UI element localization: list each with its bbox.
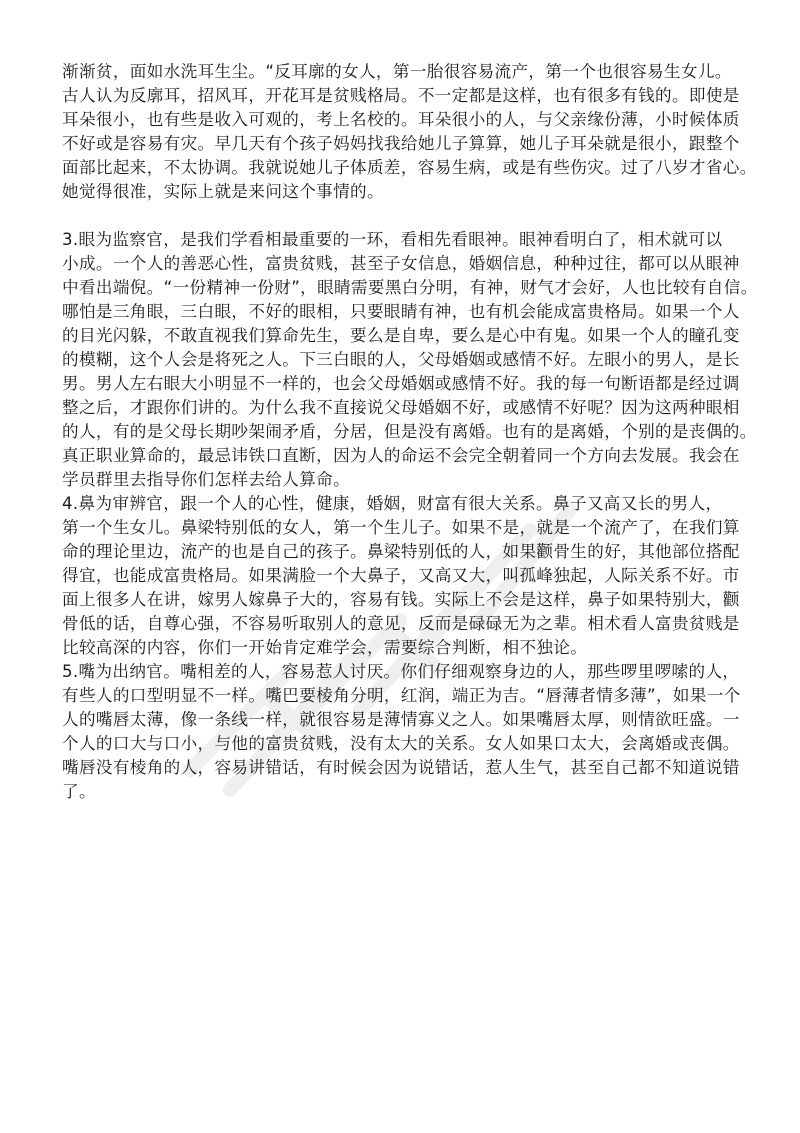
text-line: 4.鼻为审辨官，跟一个人的心性，健康，婚姻，财富有很大关系。鼻子又高又长的男人，	[62, 492, 702, 516]
text-line: 3.眼为监察官，是我们学看相最重要的一环，看相先看眼神。眼神看明白了，相术就可以	[62, 228, 702, 252]
text-line: 骨低的话，自尊心强，不容易听取别人的意见，反而是碌碌无为之辈。相术看人富贵贫贱是	[62, 612, 702, 636]
text-line: 小成。一个人的善恶心性，富贵贫贱，甚至子女信息，婚姻信息，种种过往，都可以从眼神	[62, 252, 702, 276]
text-line: 真正职业算命的，最忌讳铁口直断，因为人的命运不会完全朝着同一个方向去发展。我会在	[62, 444, 702, 468]
text-line: 个人的口大与口小，与他的富贵贫贱，没有太大的关系。女人如果口太大，会离婚或丧偶。	[62, 732, 702, 756]
paragraph-ears: 渐渐贫，面如水洗耳生尘。“反耳廓的女人，第一胎很容易流产，第一个也很容易生女儿。…	[62, 60, 702, 204]
text-line: 学员群里去指导你们怎样去给人算命。	[62, 468, 702, 492]
text-line: 了。	[62, 780, 702, 804]
text-line: 的人，有的是父母长期吵架闹矛盾，分居，但是没有离婚。也有的是离婚，个别的是丧偶的…	[62, 420, 702, 444]
document-body: 渐渐贫，面如水洗耳生尘。“反耳廓的女人，第一胎很容易流产，第一个也很容易生女儿。…	[62, 60, 702, 804]
text-line: 渐渐贫，面如水洗耳生尘。“反耳廓的女人，第一胎很容易流产，第一个也很容易生女儿。	[62, 60, 702, 84]
document-page: 渐渐贫，面如水洗耳生尘。“反耳廓的女人，第一胎很容易流产，第一个也很容易生女儿。…	[0, 0, 800, 1133]
paragraph-mouth: 5.嘴为出纳官。嘴相差的人，容易惹人讨厌。你们仔细观察身边的人，那些啰里啰嗦的人…	[62, 660, 702, 804]
text-line: 整之后，才跟你们讲的。为什么我不直接说父母婚姻不好，或感情不好呢？因为这两种眼相	[62, 396, 702, 420]
text-line: 的目光闪躲，不敢直视我们算命先生，要么是自卑，要么是心中有鬼。如果一个人的瞳孔变	[62, 324, 702, 348]
text-line: 人的嘴唇太薄，像一条线一样，就很容易是薄情寡义之人。如果嘴唇太厚，则情欲旺盛。一	[62, 708, 702, 732]
text-line: 比较高深的内容，你们一开始肯定难学会，需要综合判断，相不独论。	[62, 636, 702, 660]
text-line: 有些人的口型明显不一样。嘴巴要棱角分明，红润，端正为吉。“唇薄者情多薄”，如果一…	[62, 684, 702, 708]
text-line: 面上很多人在讲，嫁男人嫁鼻子大的，容易有钱。实际上不会是这样，鼻子如果特别大，颧	[62, 588, 702, 612]
paragraph-nose: 4.鼻为审辨官，跟一个人的心性，健康，婚姻，财富有很大关系。鼻子又高又长的男人，…	[62, 492, 702, 660]
text-line: 第一个生女儿。鼻梁特别低的女人，第一个生儿子。如果不是，就是一个流产了，在我们算	[62, 516, 702, 540]
text-line: 面部比起来，不太协调。我就说她儿子体质差，容易生病，或是有些伤灾。过了八岁才省心…	[62, 156, 702, 180]
text-line: 男。男人左右眼大小明显不一样的，也会父母婚姻或感情不好。我的每一句断语都是经过调	[62, 372, 702, 396]
paragraph-spacer	[62, 204, 702, 228]
text-line: 她觉得很准，实际上就是来问这个事情的。	[62, 180, 702, 204]
text-line: 不好或是容易有灾。早几天有个孩子妈妈找我给她儿子算算，她儿子耳朵就是很小，跟整个	[62, 132, 702, 156]
text-line: 的模糊，这个人会是将死之人。下三白眼的人，父母婚姻或感情不好。左眼小的男人，是长	[62, 348, 702, 372]
text-line: 嘴唇没有棱角的人，容易讲错话，有时候会因为说错话，惹人生气，甚至自己都不知道说错	[62, 756, 702, 780]
text-line: 哪怕是三角眼，三白眼，不好的眼相，只要眼睛有神，也有机会能成富贵格局。如果一个人	[62, 300, 702, 324]
text-line: 古人认为反廓耳，招风耳，开花耳是贫贱格局。不一定都是这样，也有很多有钱的。即使是	[62, 84, 702, 108]
text-line: 中看出端倪。“一份精神一份财”，眼睛需要黑白分明，有神，财气才会好，人也比较有自…	[62, 276, 702, 300]
text-line: 耳朵很小，也有些是收入可观的，考上名校的。耳朵很小的人，与父亲缘份薄，小时候体质	[62, 108, 702, 132]
text-line: 命的理论里边，流产的也是自己的孩子。鼻梁特别低的人，如果颧骨生的好，其他部位搭配	[62, 540, 702, 564]
paragraph-eyes: 3.眼为监察官，是我们学看相最重要的一环，看相先看眼神。眼神看明白了，相术就可以…	[62, 228, 702, 492]
text-line: 得宜，也能成富贵格局。如果满脸一个大鼻子，又高又大，叫孤峰独起，人际关系不好。市	[62, 564, 702, 588]
text-line: 5.嘴为出纳官。嘴相差的人，容易惹人讨厌。你们仔细观察身边的人，那些啰里啰嗦的人…	[62, 660, 702, 684]
